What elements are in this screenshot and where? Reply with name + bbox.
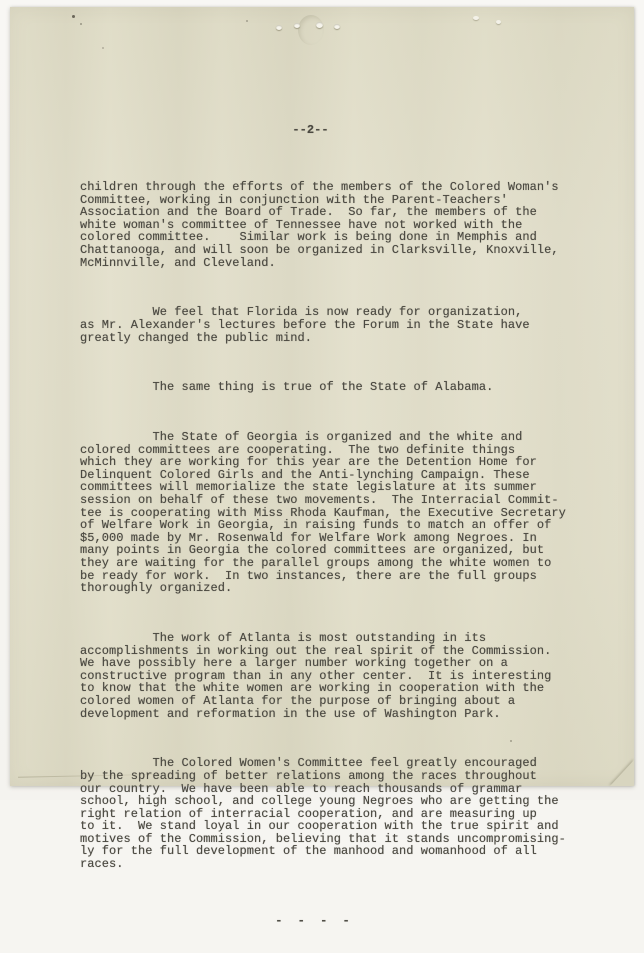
speck xyxy=(246,20,248,22)
paper-fleck xyxy=(473,16,479,20)
page-number-heading: --2-- xyxy=(58,124,563,137)
paragraph-4: The State of Georgia is organized and th… xyxy=(80,431,585,595)
document-body: --2-- children through the efforts of th… xyxy=(80,99,585,800)
paper: --2-- children through the efforts of th… xyxy=(10,7,634,786)
staple-crease xyxy=(298,15,324,45)
paragraph-3: The same thing is true of the State of A… xyxy=(80,381,585,394)
staple-hole xyxy=(334,24,340,29)
staple-hole xyxy=(294,23,300,28)
speck xyxy=(72,15,75,18)
corner-fold xyxy=(610,760,634,786)
paragraph-5: The work of Atlanta is most outstanding … xyxy=(80,632,585,720)
paragraph-6: The Colored Women's Committee feel great… xyxy=(80,757,585,800)
paragraph-2: We feel that Florida is now ready for or… xyxy=(80,306,585,344)
paragraph-1: children through the efforts of the memb… xyxy=(80,181,585,269)
speck xyxy=(80,23,82,25)
paper-fleck xyxy=(496,20,501,24)
staple-holes xyxy=(272,13,352,47)
staple-hole xyxy=(276,25,282,30)
staple-hole xyxy=(316,22,323,28)
scan-backdrop: --2-- children through the efforts of th… xyxy=(0,0,644,800)
speck xyxy=(102,47,104,49)
